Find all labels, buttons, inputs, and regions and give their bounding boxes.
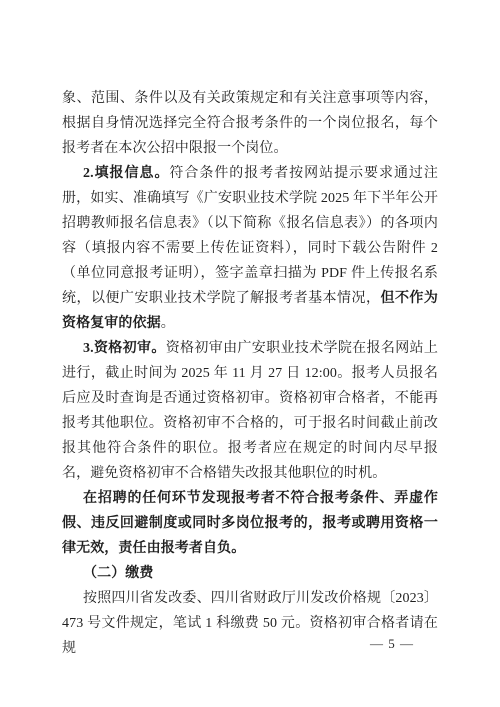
bold-run-payment-heading: （二）缴费 [83,566,154,581]
page-body: 象、范围、条件以及有关政策规定和有关注意事项等内容，根据自身情况选择完全符合报考… [62,86,438,661]
document-page: 象、范围、条件以及有关政策规定和有关注意事项等内容，根据自身情况选择完全符合报考… [0,0,500,707]
paragraph-position-limit: 象、范围、条件以及有关政策规定和有关注意事项等内容，根据自身情况选择完全符合报考… [62,86,438,161]
bold-run-fill-info-heading: 2.填报信息。 [83,166,169,181]
paragraph-fill-info: 2.填报信息。符合条件的报考者按网站提示要求通过注册，如实、准确填写《广安职业技… [62,161,438,336]
paragraph-invalid-warning: 在招聘的任何环节发现报考者不符合报考条件、弄虚作假、违反回避制度或同时多岗位报考… [62,486,438,561]
paragraph-qualification-review: 3.资格初审。资格初审由广安职业技术学院在报名网站上进行，截止时间为 2025 … [62,336,438,486]
heading-payment-section: （二）缴费 [62,561,438,586]
text-run: 资格初审由广安职业技术学院在报名网站上进行，截止时间为 2025 年 11 月 … [62,341,438,481]
text-run: 象、范围、条件以及有关政策规定和有关注意事项等内容，根据自身情况选择完全符合报考… [62,91,438,156]
page-number: — 5 — [370,636,414,652]
text-run: 。 [161,316,175,331]
document-page-root: { "colors": { "ink": "#1f1f1f", "paper":… [0,0,500,707]
bold-run-review-heading: 3.资格初审。 [83,341,166,356]
bold-run-warning: 在招聘的任何环节发现报考者不符合报考条件、弄虚作假、违反回避制度或同时多岗位报考… [62,491,438,556]
text-run: 符合条件的报考者按网站提示要求通过注册，如实、准确填写《广安职业技术学院 202… [62,166,438,306]
